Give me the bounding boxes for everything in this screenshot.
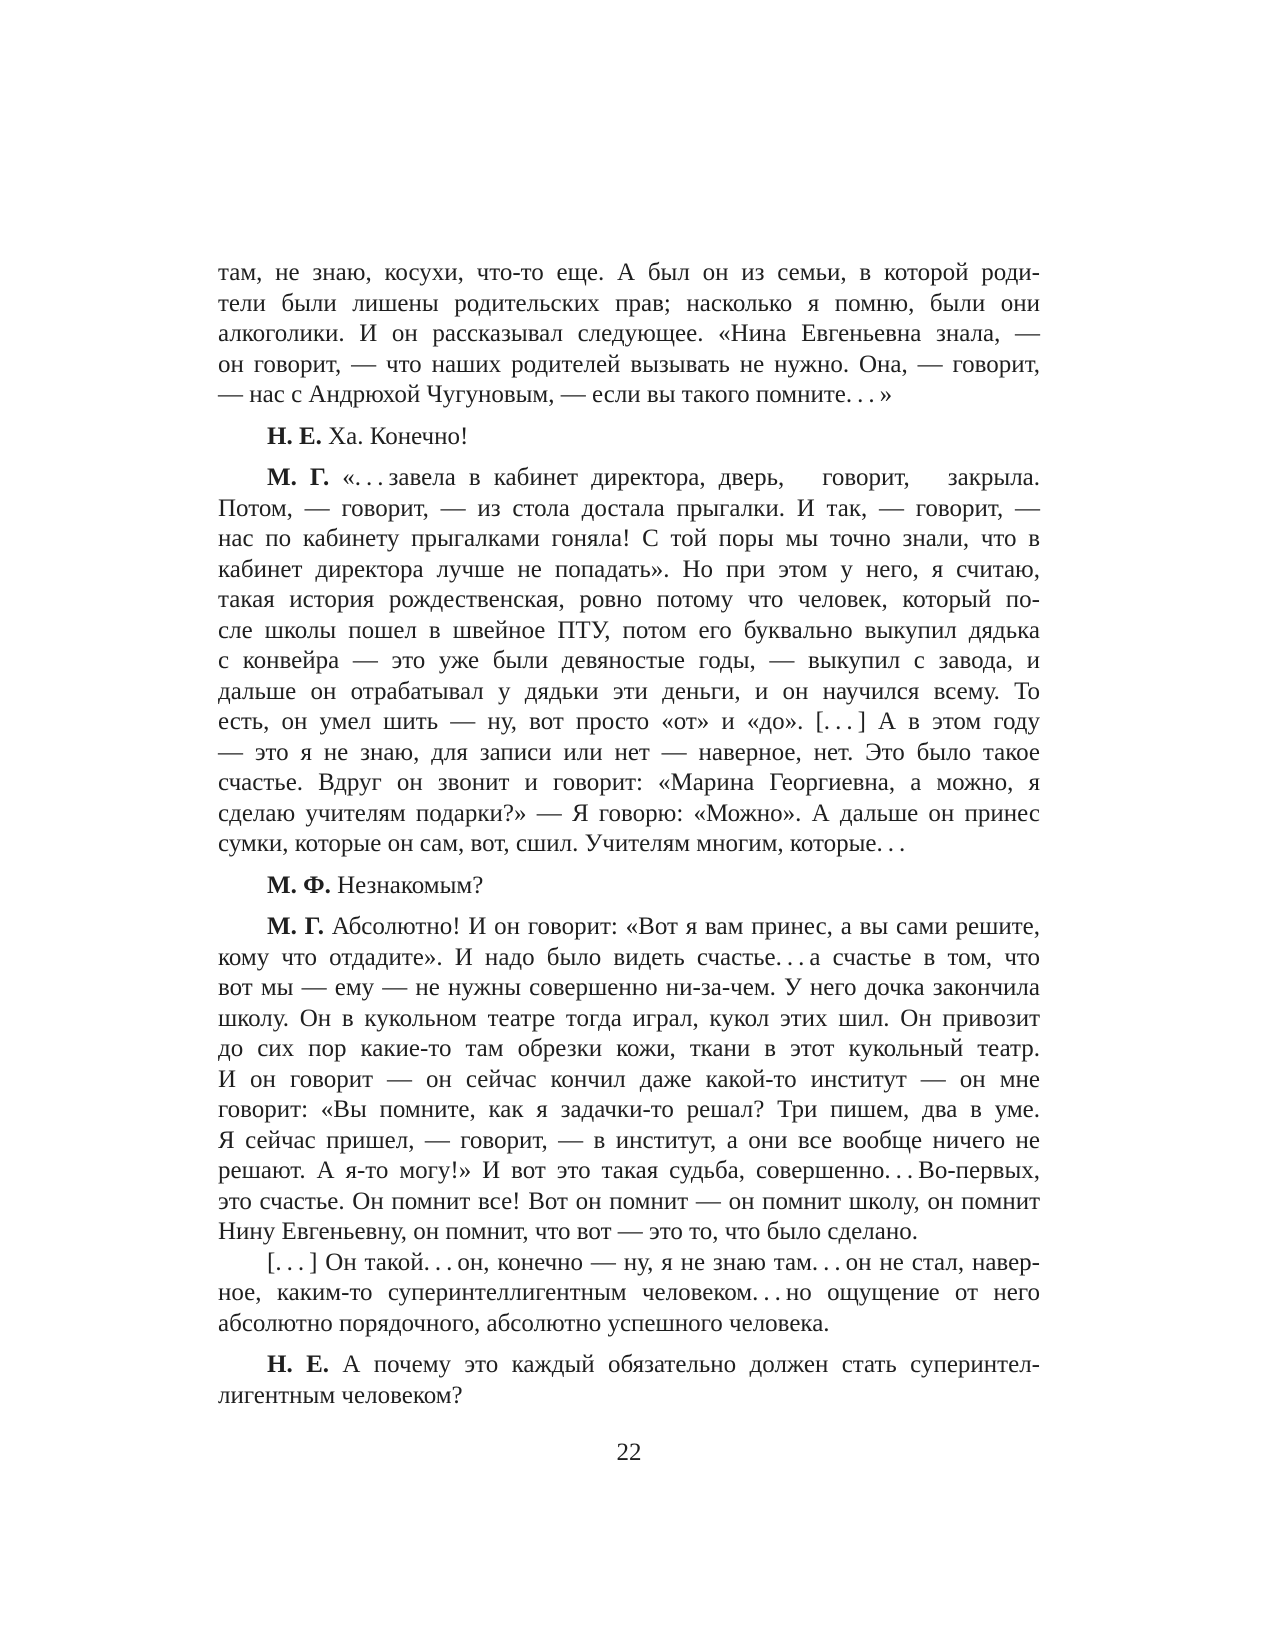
paragraph: М. Г. «. . . завела в кабинет директора,… bbox=[218, 463, 1040, 860]
text-line: лигентным человеком? bbox=[218, 1381, 1040, 1412]
text-line: такая история рождественская, ровно пото… bbox=[218, 585, 1040, 616]
text-line: Я сейчас пришел, — говорит, — в институт… bbox=[218, 1126, 1040, 1157]
text-line: решают. А я-то могу!» И вот это такая су… bbox=[218, 1156, 1040, 1187]
text-line: сле школы пошел в швейное ПТУ, потом его… bbox=[218, 616, 1040, 647]
text-block: там, не знаю, косухи, что-то еще. А был … bbox=[218, 258, 1040, 1411]
paragraph: там, не знаю, косухи, что-то еще. А был … bbox=[218, 258, 1040, 411]
text-line: [. . . ] Он такой. . . он, конечно — ну,… bbox=[218, 1248, 1040, 1279]
text-line: И он говорит — он сейчас кончил даже как… bbox=[218, 1065, 1040, 1096]
paragraph: М. Ф. Незнакомым? bbox=[218, 871, 1040, 902]
line-text: Абсолютно! И он говорит: «Вот я вам прин… bbox=[332, 913, 1040, 940]
text-line: там, не знаю, косухи, что-то еще. А был … bbox=[218, 258, 1040, 289]
text-line: — нас с Андрюхой Чугуновым, — если вы та… bbox=[218, 380, 1040, 411]
text-line: есть, он умел шить — ну, вот просто «от»… bbox=[218, 707, 1040, 738]
text-line: алкоголики. И он рассказывал следующее. … bbox=[218, 319, 1040, 350]
speaker-label: Н. Е. bbox=[267, 1351, 329, 1378]
text-line: М. Г. Абсолютно! И он говорит: «Вот я ва… bbox=[218, 912, 1040, 943]
paragraph: Н. Е. А почему это каждый обязательно до… bbox=[218, 1350, 1040, 1411]
text-line: сумки, которые он сам, вот, сшил. Учител… bbox=[218, 829, 1040, 860]
text-line: он говорит, — что наших родителей вызыва… bbox=[218, 350, 1040, 381]
text-line: до сих пор какие-то там обрезки кожи, тк… bbox=[218, 1034, 1040, 1065]
text-line: Н. Е. Ха. Конечно! bbox=[218, 422, 1040, 453]
text-line: нас по кабинету прыгалками гоняла! С той… bbox=[218, 524, 1040, 555]
line-text: «. . . завела в кабинет директора, дверь… bbox=[342, 464, 1040, 491]
text-line: абсолютно порядочного, абсолютно успешно… bbox=[218, 1309, 1040, 1340]
speaker-label: М. Г. bbox=[267, 913, 324, 940]
text-line: Нину Евгеньевну, он помнит, что вот — эт… bbox=[218, 1217, 1040, 1248]
speaker-label: Н. Е. bbox=[267, 423, 322, 450]
paragraph: Н. Е. Ха. Конечно! bbox=[218, 422, 1040, 453]
text-line: Н. Е. А почему это каждый обязательно до… bbox=[218, 1350, 1040, 1381]
line-text: А почему это каждый обязательно должен с… bbox=[342, 1351, 1040, 1378]
speaker-label: М. Г. bbox=[267, 464, 329, 491]
page-number: 22 bbox=[218, 1438, 1040, 1469]
text-line: ное, каким-то суперинтеллигентным челове… bbox=[218, 1278, 1040, 1309]
paragraph: М. Г. Абсолютно! И он говорит: «Вот я ва… bbox=[218, 912, 1040, 1248]
text-line: говорит: «Вы помните, как я задачки-то р… bbox=[218, 1095, 1040, 1126]
line-text: Ха. Конечно! bbox=[328, 423, 468, 450]
text-line: кому что отдадите». И надо было видеть с… bbox=[218, 943, 1040, 974]
text-line: М. Г. «. . . завела в кабинет директора,… bbox=[218, 463, 1040, 494]
text-line: счастье. Вдруг он звонит и говорит: «Мар… bbox=[218, 768, 1040, 799]
text-line: тели были лишены родительских прав; наск… bbox=[218, 289, 1040, 320]
text-line: дальше он отрабатывал у дядьки эти деньг… bbox=[218, 677, 1040, 708]
text-line: — это я не знаю, для записи или нет — на… bbox=[218, 738, 1040, 769]
line-text: Незнакомым? bbox=[337, 872, 483, 899]
text-line: М. Ф. Незнакомым? bbox=[218, 871, 1040, 902]
document-page: там, не знаю, косухи, что-то еще. А был … bbox=[0, 0, 1275, 1650]
text-line: с конвейра — это уже были девяностые год… bbox=[218, 646, 1040, 677]
text-line: школу. Он в кукольном театре тогда играл… bbox=[218, 1004, 1040, 1035]
text-line: Потом, — говорит, — из стола достала пры… bbox=[218, 494, 1040, 525]
text-line: вот мы — ему — не нужны совершенно ни-за… bbox=[218, 973, 1040, 1004]
paragraph: [. . . ] Он такой. . . он, конечно — ну,… bbox=[218, 1248, 1040, 1340]
text-line: это счастье. Он помнит все! Вот он помни… bbox=[218, 1187, 1040, 1218]
text-line: сделаю учителям подарки?» — Я говорю: «М… bbox=[218, 799, 1040, 830]
speaker-label: М. Ф. bbox=[267, 872, 331, 899]
text-line: кабинет директора лучше не попадать». Но… bbox=[218, 555, 1040, 586]
